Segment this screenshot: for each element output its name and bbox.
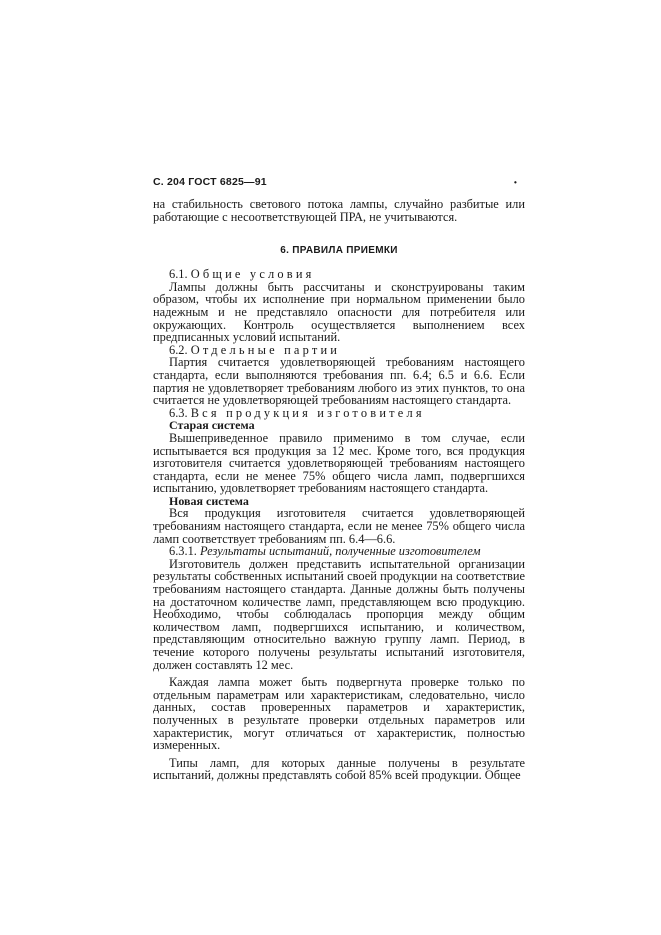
old-system-text: Вышеприведенное правило применимо в том … (153, 432, 525, 495)
stray-mark: • (514, 178, 517, 187)
document-page: С. 204 ГОСТ 6825—91 • на стабильность св… (153, 176, 525, 782)
subsection-6-3-1-heading: 6.3.1. Результаты испытаний, полученные … (153, 545, 525, 558)
subsection-6-3-1-paragraph: Типы ламп, для которых данные получены в… (153, 757, 525, 782)
page-header: С. 204 ГОСТ 6825—91 • (153, 176, 525, 198)
subsection-6-3-1-paragraph: Изготовитель должен представить испытате… (153, 558, 525, 671)
intro-paragraph: на стабильность светового потока лампы, … (153, 198, 525, 223)
subsection-6-3-1-paragraph: Каждая лампа может быть подвергнута пров… (153, 676, 525, 752)
page-reference: С. 204 ГОСТ 6825—91 (153, 176, 267, 188)
subsection-6-2-text: Партия считается удовлетворяющей требова… (153, 356, 525, 406)
subsection-6-1-heading: 6.1. Общие условия (153, 268, 525, 281)
new-system-text: Вся продукция изготовителя считается удо… (153, 507, 525, 545)
section-title: 6. ПРАВИЛА ПРИЕМКИ (153, 245, 525, 256)
subsection-6-1-text: Лампы должны быть рассчитаны и сконструи… (153, 281, 525, 344)
